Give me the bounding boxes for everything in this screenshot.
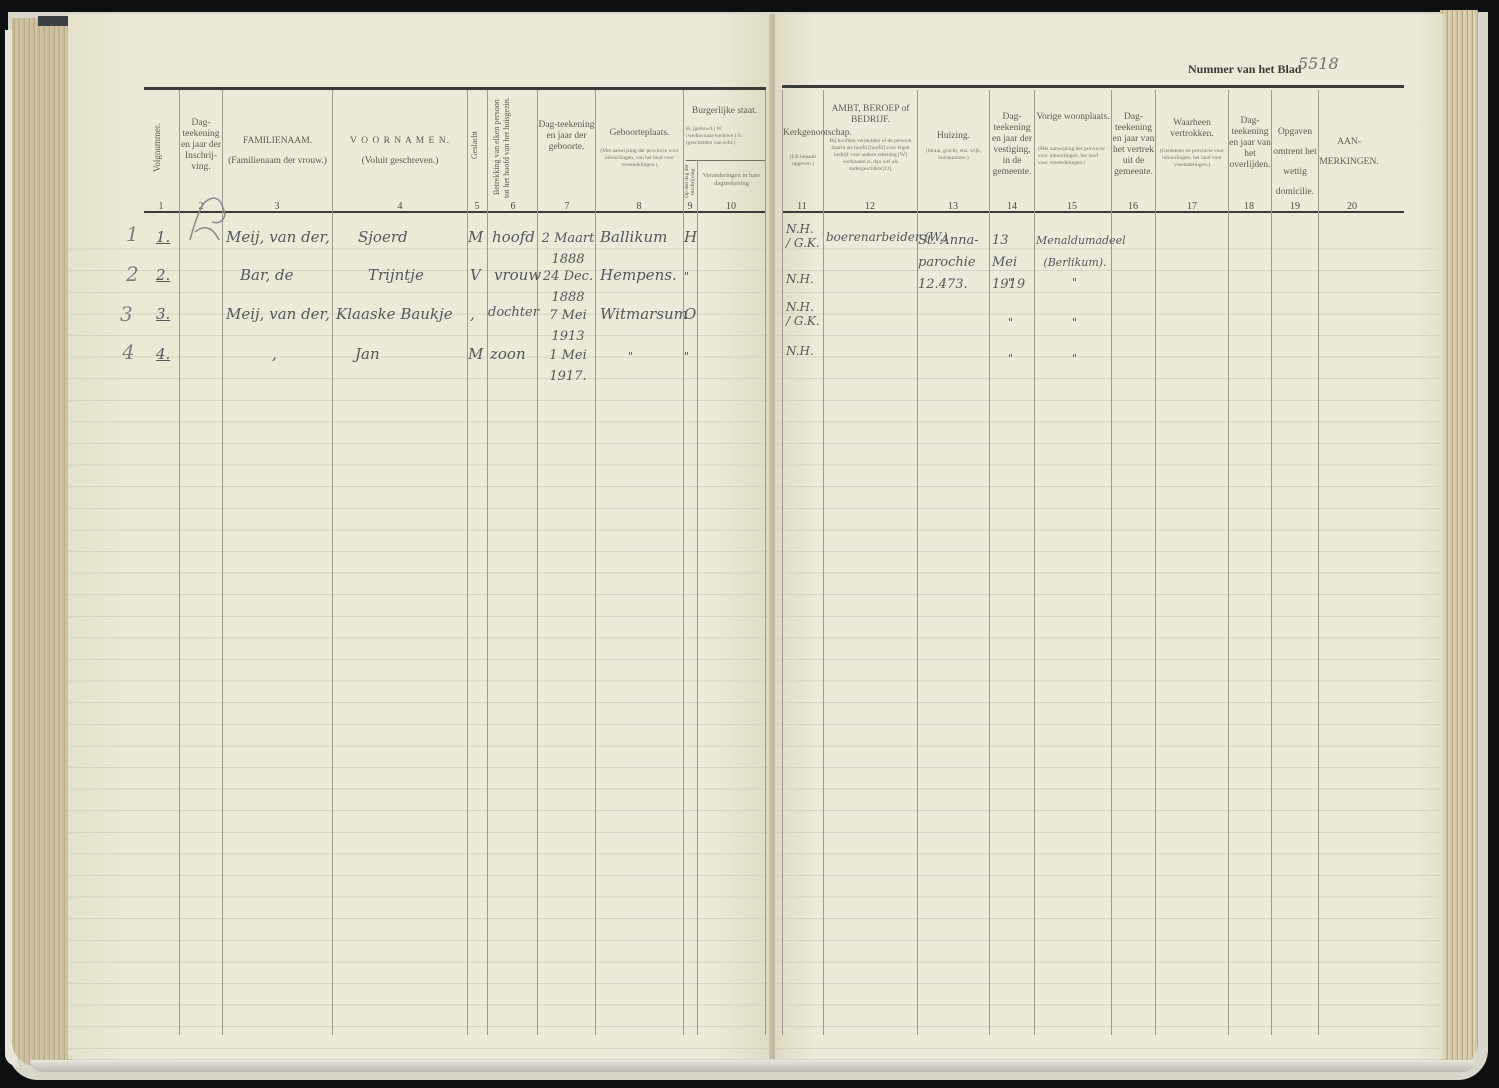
col-num: 6 (498, 201, 528, 212)
col-header-5: Geslacht (470, 95, 479, 195)
col-subheader-8: (Met aanwijzing der provincie voor inboo… (598, 148, 681, 169)
column-divider (332, 90, 333, 1035)
col-header-3: FAMILIENAAM. (223, 136, 332, 147)
margin-number: 1 (126, 222, 139, 246)
pencil-mark (150, 190, 260, 240)
volgnummer: 4. (156, 345, 170, 363)
geslacht: M (468, 228, 483, 246)
col-num: 18 (1234, 201, 1264, 212)
geboorte: 2 Maart 1888 (538, 228, 598, 270)
col-num: 4 (385, 201, 415, 212)
col-header-2: Dag-teekening en jaar der Inschrij-ving. (180, 118, 222, 173)
margin-number: 4 (122, 340, 135, 364)
col-num: 9 (675, 201, 705, 212)
column-divider (823, 90, 824, 1035)
col-header-12: AMBT, BEROEP of BEDRIJF. (824, 104, 917, 126)
cover-edge-bottom (30, 1060, 1475, 1072)
geboorte: 1 Mei 1917. (538, 345, 598, 387)
burgerlijke-staat: H (684, 228, 697, 246)
col-header-17: Waarheen vertrokken. (1156, 118, 1228, 140)
col-subheader-12: Bij hoofden vermelden of de persoon daar… (828, 138, 913, 173)
left-page (68, 14, 771, 1059)
volgnummer: 2. (156, 266, 170, 284)
column-divider (782, 90, 783, 1035)
col-num: 16 (1118, 201, 1148, 212)
sheet-label: Nummer van het Blad (1188, 62, 1301, 77)
col-subheader-13: (Straat, gracht, enz. wijk, huisnummer.) (920, 148, 987, 162)
geboorte: 7 Mei 1913 (538, 305, 598, 347)
col-subheader-3: (Familienaam der vrouw.) (223, 156, 332, 167)
burgerlijke-staat: O (684, 305, 696, 323)
col-header-15: Vorige woonplaats. (1035, 112, 1111, 123)
col-subheader-4: (Voluit geschreven.) (333, 156, 467, 167)
betrekking: dochter (488, 305, 539, 320)
col-num: 19 (1280, 201, 1310, 212)
burgerlijke-staat: " (684, 350, 689, 363)
burgerlijke-staat: " (684, 270, 689, 283)
column-divider (1155, 90, 1156, 1035)
vorige-woonplaats: " (1072, 316, 1077, 329)
familienaam: Meij, van der, (226, 305, 330, 323)
col-subheader-9: H. (gehuwd.) W. (weduwnaar/weduwe.) S. (… (686, 126, 764, 147)
col-header-13: Huizing. (918, 131, 989, 142)
geboorteplaats: " (628, 350, 633, 363)
volgnummer: 3. (156, 305, 170, 323)
col-header-7: Dag-teekening en jaar der geboorte. (538, 120, 595, 153)
page-edges-right (1440, 10, 1478, 1065)
vestiging: " (1008, 316, 1013, 329)
page-edges-left (12, 18, 72, 1066)
col-subheader-17: (Gemeente en provincie voor inboorlingen… (1158, 148, 1226, 169)
subheader-rule (686, 160, 766, 161)
col-header-6: Betrekking van elken persoon tot het hoo… (492, 95, 532, 200)
vorige-woonplaats: " (1072, 276, 1077, 289)
col-subheader-11: (Uit bepaalt opgeven.) (784, 154, 822, 168)
vestiging: " (1008, 276, 1013, 289)
col-num: 13 (938, 201, 968, 212)
geboorteplaats: Hempens. (600, 266, 677, 284)
vorige-woonplaats: Menaldumadeel (Berlikum). (1036, 230, 1114, 274)
header-top-rule (144, 87, 766, 90)
column-divider (1034, 90, 1035, 1035)
col-num: 5 (462, 201, 492, 212)
sheet-number: 5518 (1298, 54, 1339, 73)
col-header-11: Kerkgenootschap. (783, 128, 823, 139)
voornamen: Trijntje (368, 266, 424, 284)
column-divider (765, 90, 766, 1035)
ruled-lines (775, 228, 1443, 1049)
margin-number: 2 (126, 262, 139, 286)
col-num: 11 (787, 201, 817, 212)
col-num: 17 (1177, 201, 1207, 212)
column-divider (1228, 90, 1229, 1035)
col-header-16: Dag-teekening en jaar van het vertrek ui… (1112, 112, 1155, 178)
geboorte: 24 Dec. 1888 (538, 266, 598, 308)
geslacht: V (470, 266, 481, 284)
betrekking: zoon (490, 345, 526, 363)
voornamen: Jan (355, 345, 380, 363)
col-num: 20 (1337, 201, 1367, 212)
col-header-4: V O O R N A M E N. (333, 136, 467, 147)
col-num: 8 (624, 201, 654, 212)
betrekking: vrouw (494, 266, 541, 284)
col-header-20: AAN-MERKINGEN. (1319, 132, 1379, 172)
voornamen: Klaaske Baukje (336, 305, 453, 323)
col-header-14: Dag-teekening en jaar der vestiging, in … (990, 112, 1034, 178)
column-divider (697, 160, 698, 1035)
col-num: 14 (997, 201, 1027, 212)
geboorteplaats: Ballikum (600, 228, 667, 246)
column-divider (1271, 90, 1272, 1035)
margin-number: 3 (120, 302, 133, 326)
col-num: 12 (855, 201, 885, 212)
kerkgenootschap: N.H. (786, 272, 814, 286)
familienaam: , (272, 345, 277, 363)
column-divider (487, 90, 488, 1035)
vorige-woonplaats: " (1072, 352, 1077, 365)
col-subheader-15: (Met aanwijzing der provincie voor inboo… (1038, 146, 1108, 167)
ruled-lines (68, 228, 771, 1049)
betrekking: hoofd (492, 228, 535, 246)
col-header-8: Geboorteplaats. (596, 128, 683, 139)
col-header-19: Opgaven omtrent het wettig domicilie. (1272, 122, 1318, 202)
column-divider (1318, 90, 1319, 1035)
col-num: 10 (716, 201, 746, 212)
col-num: 15 (1057, 201, 1087, 212)
col-header-1: Volgnummer. (152, 100, 162, 195)
col-header-18: Dag-teekening en jaar van het overlijden… (1229, 116, 1271, 171)
voornamen: Sjoerd (358, 228, 408, 246)
col-header-10: Veranderingen in hare dagteekening (698, 172, 765, 188)
vestiging: " (1008, 352, 1013, 365)
column-divider (989, 90, 990, 1035)
geslacht: , (470, 305, 475, 323)
huizing: St. Anna-parochie 12.473. (918, 230, 988, 296)
header-top-rule (782, 85, 1404, 88)
kerkgenootschap: N.H. (786, 344, 814, 358)
kerkgenootschap: N.H. / G.K. (786, 222, 820, 250)
familienaam: Bar, de (240, 266, 294, 284)
col-header-9: Burgerlijke staat. (684, 106, 765, 117)
col-num: 3 (262, 201, 292, 212)
col-num: 7 (552, 201, 582, 212)
kerkgenootschap: N.H. / G.K. (786, 300, 820, 328)
col-header-9b: Op den dag der inschrijving. (684, 164, 696, 198)
geboorteplaats: Witmarsum (600, 305, 688, 323)
geslacht: M (468, 345, 483, 363)
